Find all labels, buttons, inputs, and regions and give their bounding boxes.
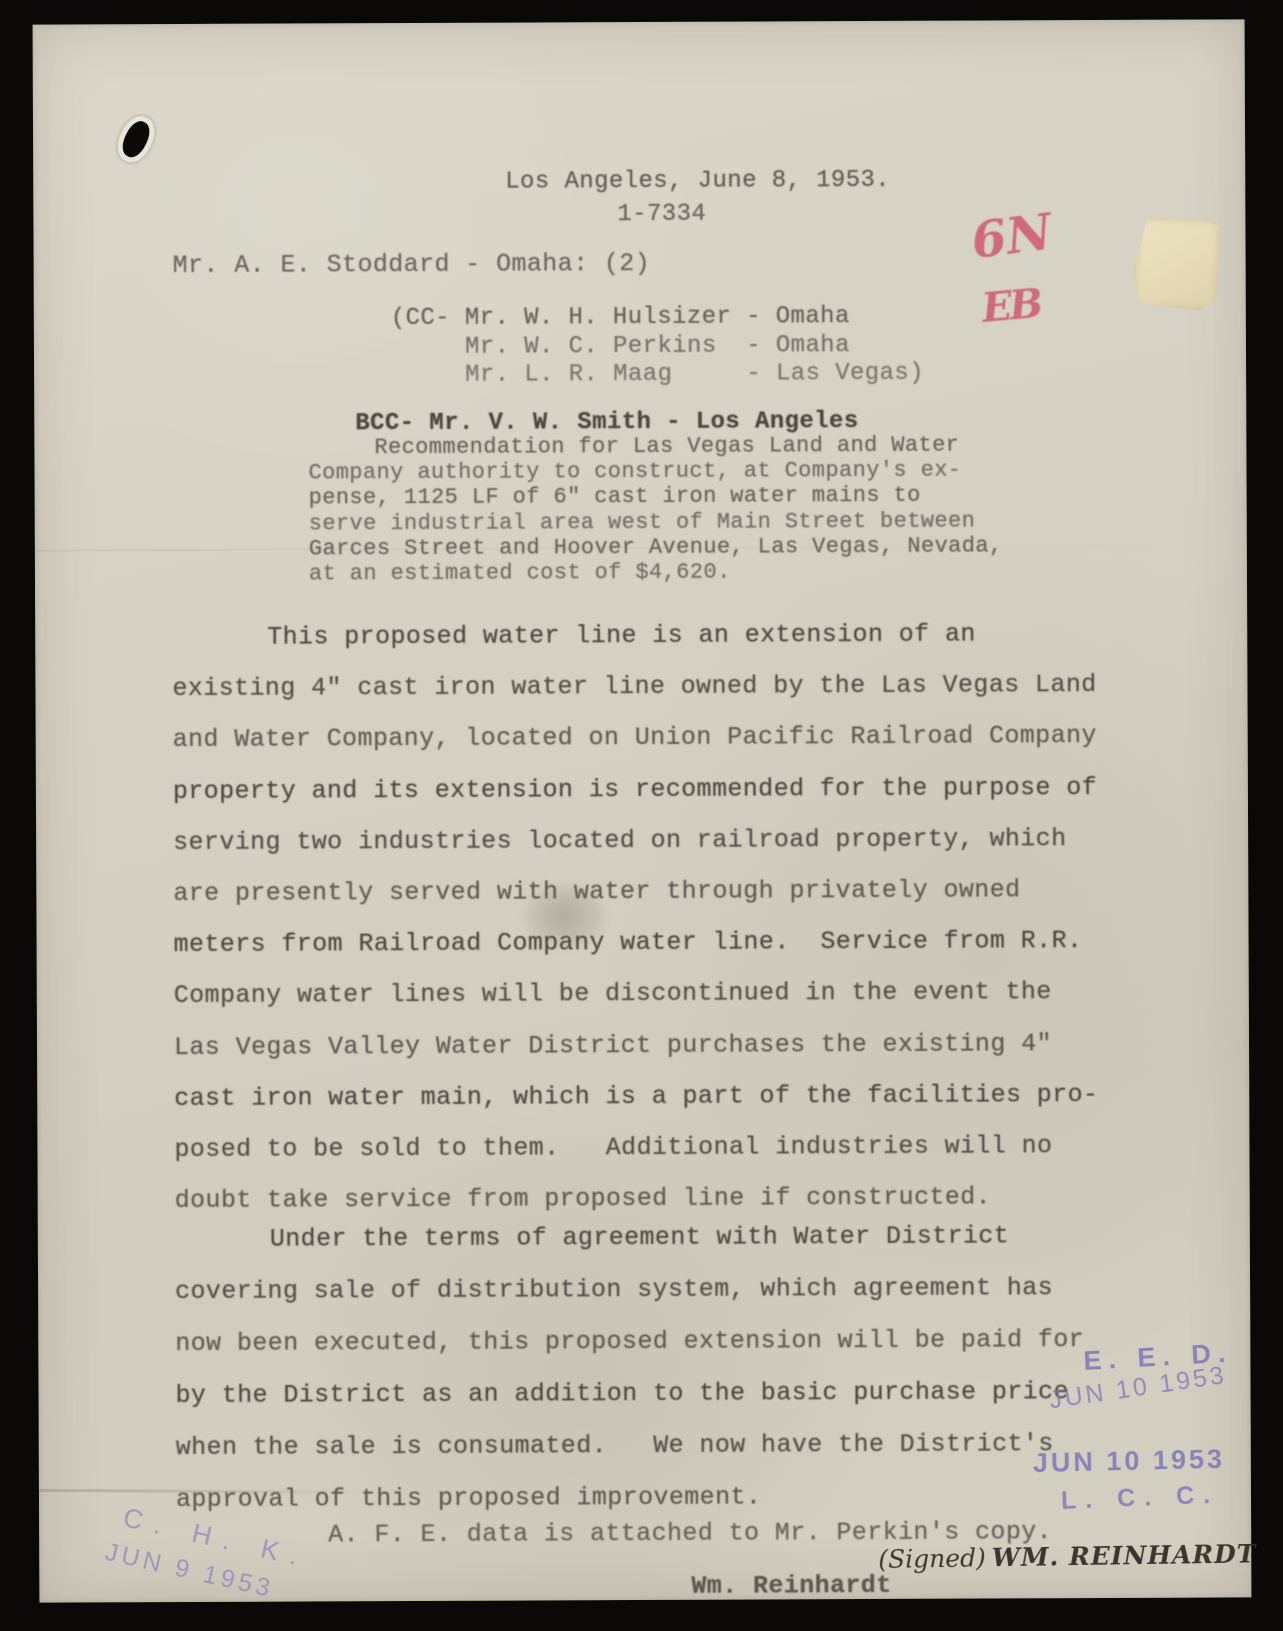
- text-line: serve industrial area west of Main Stree…: [309, 508, 1003, 536]
- red-pencil-mark-bottom: EB: [980, 280, 1042, 332]
- cc-list: (CC- Mr. W. H. Hulsizer - Omaha Mr. W. C…: [391, 303, 924, 391]
- text-line: are presently served with water through …: [173, 864, 1097, 919]
- text-line: posed to be sold to them. Additional ind…: [174, 1120, 1098, 1175]
- text-line: meters from Railroad Company water line.…: [173, 915, 1097, 970]
- body-paragraph-1: This proposed water line is an extension…: [172, 608, 1099, 1226]
- text-line: (CC- Mr. W. H. Hulsizer - Omaha: [391, 303, 924, 334]
- signature-rubber-stamp: (Signed)WM. REINHARDT: [878, 1539, 1257, 1574]
- text-line: now been executed, this proposed extensi…: [175, 1314, 1084, 1370]
- text-line: and Water Company, located on Union Paci…: [173, 710, 1097, 765]
- text-line: Company authority to construct, at Compa…: [308, 458, 1002, 486]
- text-line: Recommendation for Las Vegas Land and Wa…: [308, 432, 1002, 460]
- tape-remnant: [1132, 216, 1221, 311]
- dateline: Los Angeles, June 8, 1953.: [505, 167, 890, 196]
- text-line: by the District as an addition to the ba…: [175, 1366, 1084, 1422]
- subject-block: Recommendation for Las Vegas Land and Wa…: [308, 432, 1002, 586]
- signature-stamp-name: WM. REINHARDT: [992, 1539, 1257, 1572]
- body-paragraph-2: Under the terms of agreement with Water …: [175, 1210, 1085, 1526]
- text-line: when the sale is consumated. We now have…: [176, 1418, 1085, 1474]
- document-page: Los Angeles, June 8, 1953. 1-7334 Mr. A.…: [33, 19, 1252, 1602]
- text-line: Las Vegas Valley Water District purchase…: [174, 1018, 1098, 1073]
- addressee-line: Mr. A. E. Stoddard - Omaha: (2): [173, 249, 651, 280]
- text-line: Mr. L. R. Maag - Las Vegas): [391, 360, 924, 391]
- lcc-date-stamp: JUN 10 1953: [1033, 1444, 1226, 1479]
- text-line: Company water lines will be discontinued…: [174, 966, 1098, 1021]
- text-line: at an estimated cost of $4,620.: [309, 558, 1003, 586]
- text-line: cast iron water main, which is a part of…: [174, 1069, 1098, 1124]
- scan-background: Los Angeles, June 8, 1953. 1-7334 Mr. A.…: [0, 0, 1283, 1631]
- text-line: Under the terms of agreement with Water …: [175, 1210, 1084, 1266]
- text-line: Mr. W. C. Perkins - Omaha: [391, 331, 924, 362]
- file-number: 1-7334: [617, 201, 706, 228]
- red-pencil-mark-top: 6N: [968, 202, 1055, 271]
- punch-hole: [118, 117, 154, 161]
- text-line: This proposed water line is an extension…: [172, 608, 1096, 663]
- text-line: pense, 1125 LF of 6" cast iron water mai…: [309, 483, 1003, 511]
- text-line: serving two industries located on railro…: [173, 813, 1097, 868]
- text-line: covering sale of distribution system, wh…: [175, 1262, 1084, 1318]
- signed-prefix: (Signed): [878, 1543, 986, 1574]
- text-line: existing 4" cast iron water line owned b…: [172, 659, 1096, 714]
- text-line: Garces Street and Hoover Avenue, Las Veg…: [309, 533, 1003, 561]
- text-line: property and its extension is recommende…: [173, 762, 1097, 817]
- lcc-department-stamp: L. C. C.: [1060, 1481, 1219, 1516]
- typed-signature: Wm. Reinhardt: [691, 1571, 891, 1601]
